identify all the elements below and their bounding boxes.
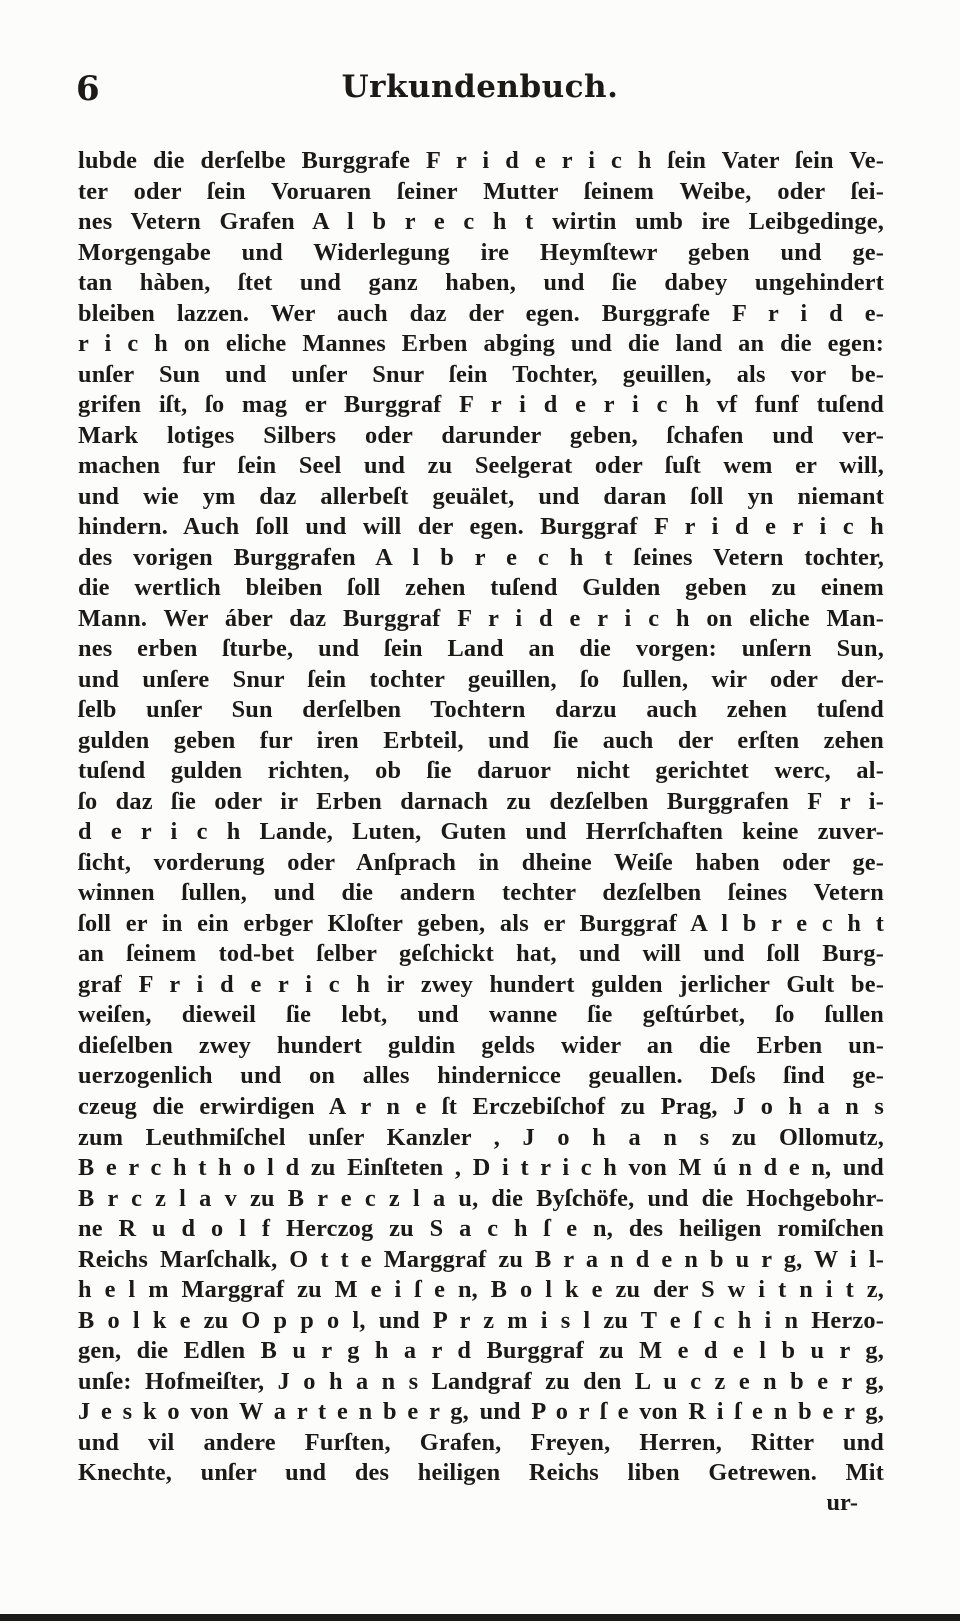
text-line: ſelb unſer Sun derſelben Tochtern darzu … <box>78 695 884 726</box>
page-header-title: Urkundenbuch. <box>0 72 960 103</box>
text-line: winnen ſullen, und die andern techter de… <box>78 878 884 909</box>
text-line: gen, die Edlen B u r g h a r d Burggraf … <box>78 1336 884 1367</box>
text-line: B o l k e zu O p p o l, und P r z m i s … <box>78 1306 884 1337</box>
text-line: unſe: Hofmeiſter, J o h a n s Landgraf z… <box>78 1367 884 1398</box>
text-line: ne R u d o l f Herczog zu S a c h ſ e n,… <box>78 1214 884 1245</box>
text-line: Morgengabe und Widerlegung ire Heymſtewr… <box>78 238 884 269</box>
text-line: und wie ym daz allerbeſt geuälet, und da… <box>78 482 884 513</box>
text-line: bleiben lazzen. Wer auch daz der egen. B… <box>78 299 884 330</box>
text-line: graf F r i d e r i c h ir zwey hundert g… <box>78 970 884 1001</box>
text-line: gulden geben fur iren Erbteil, und ſie a… <box>78 726 884 757</box>
scanned-page: 6 Urkundenbuch. lubde die derſelbe Burgg… <box>0 0 960 1623</box>
text-line: des vorigen Burggrafen A l b r e c h t ſ… <box>78 543 884 574</box>
catchword: ur- <box>78 1488 884 1518</box>
text-line: machen fur ſein Seel und zu Seelgerat od… <box>78 451 884 482</box>
text-line: grifen iſt, ſo mag er Burggraf F r i d e… <box>78 390 884 421</box>
text-line: hindern. Auch ſoll und will der egen. Bu… <box>78 512 884 543</box>
text-line: nes erben ſturbe, und ſein Land an die v… <box>78 634 884 665</box>
text-line: h e l m Marggraf zu M e i ſ e n, B o l k… <box>78 1275 884 1306</box>
text-line: Mark lotiges Silbers oder darunder geben… <box>78 421 884 452</box>
text-line: die wertlich bleiben ſoll zehen tuſend G… <box>78 573 884 604</box>
text-line: Reichs Marſchalk, O t t e Marggraf zu B … <box>78 1245 884 1276</box>
text-line: ſicht, vorderung oder Anſprach in dheine… <box>78 848 884 879</box>
text-line: tan hàben, ſtet und ganz haben, und ſie … <box>78 268 884 299</box>
text-line: tuſend gulden richten, ob ſie daruor nic… <box>78 756 884 787</box>
text-line: czeug die erwirdigen A r n e ſt Erczebiſ… <box>78 1092 884 1123</box>
text-line: weiſen, dieweil ſie lebt, und wanne ſie … <box>78 1000 884 1031</box>
text-line: an ſeinem tod-bet ſelber geſchickt hat, … <box>78 939 884 970</box>
text-line: d e r i c h Lande, Luten, Guten und Herr… <box>78 817 884 848</box>
text-line: Mann. Wer áber daz Burggraf F r i d e r … <box>78 604 884 635</box>
text-line: nes Vetern Grafen A l b r e c h t wirtin… <box>78 207 884 238</box>
text-line: ſoll er in ein erbger Kloſter geben, als… <box>78 909 884 940</box>
text-line: B e r c h t h o l d zu Einſteten , D i t… <box>78 1153 884 1184</box>
text-line: Knechte, unſer und des heiligen Reichs l… <box>78 1458 884 1489</box>
scan-edge-bottom <box>0 1614 960 1621</box>
text-line: und unſere Snur ſein tochter geuillen, ſ… <box>78 665 884 696</box>
text-line: unſer Sun und unſer Snur ſein Tochter, g… <box>78 360 884 391</box>
text-line: r i c h on eliche Mannes Erben abging un… <box>78 329 884 360</box>
text-line: zum Leuthmiſchel unſer Kanzler , J o h a… <box>78 1123 884 1154</box>
text-line: und vil andere Furſten, Grafen, Freyen, … <box>78 1428 884 1459</box>
text-line: J e s k o von W a r t e n b e r g, und P… <box>78 1397 884 1428</box>
text-line: B r c z l a v zu B r e c z l a u, die By… <box>78 1184 884 1215</box>
text-line: lubde die derſelbe Burggrafe F r i d e r… <box>78 146 884 177</box>
text-line: dieſelben zwey hundert guldin gelds wide… <box>78 1031 884 1062</box>
text-line: ſo daz ſie oder ir Erben darnach zu dezſ… <box>78 787 884 818</box>
text-line: uerzogenlich und on alles hindernicce ge… <box>78 1061 884 1092</box>
text-line: ter oder ſein Voruaren ſeiner Mutter ſei… <box>78 177 884 208</box>
text-block: lubde die derſelbe Burggrafe F r i d e r… <box>78 146 884 1489</box>
